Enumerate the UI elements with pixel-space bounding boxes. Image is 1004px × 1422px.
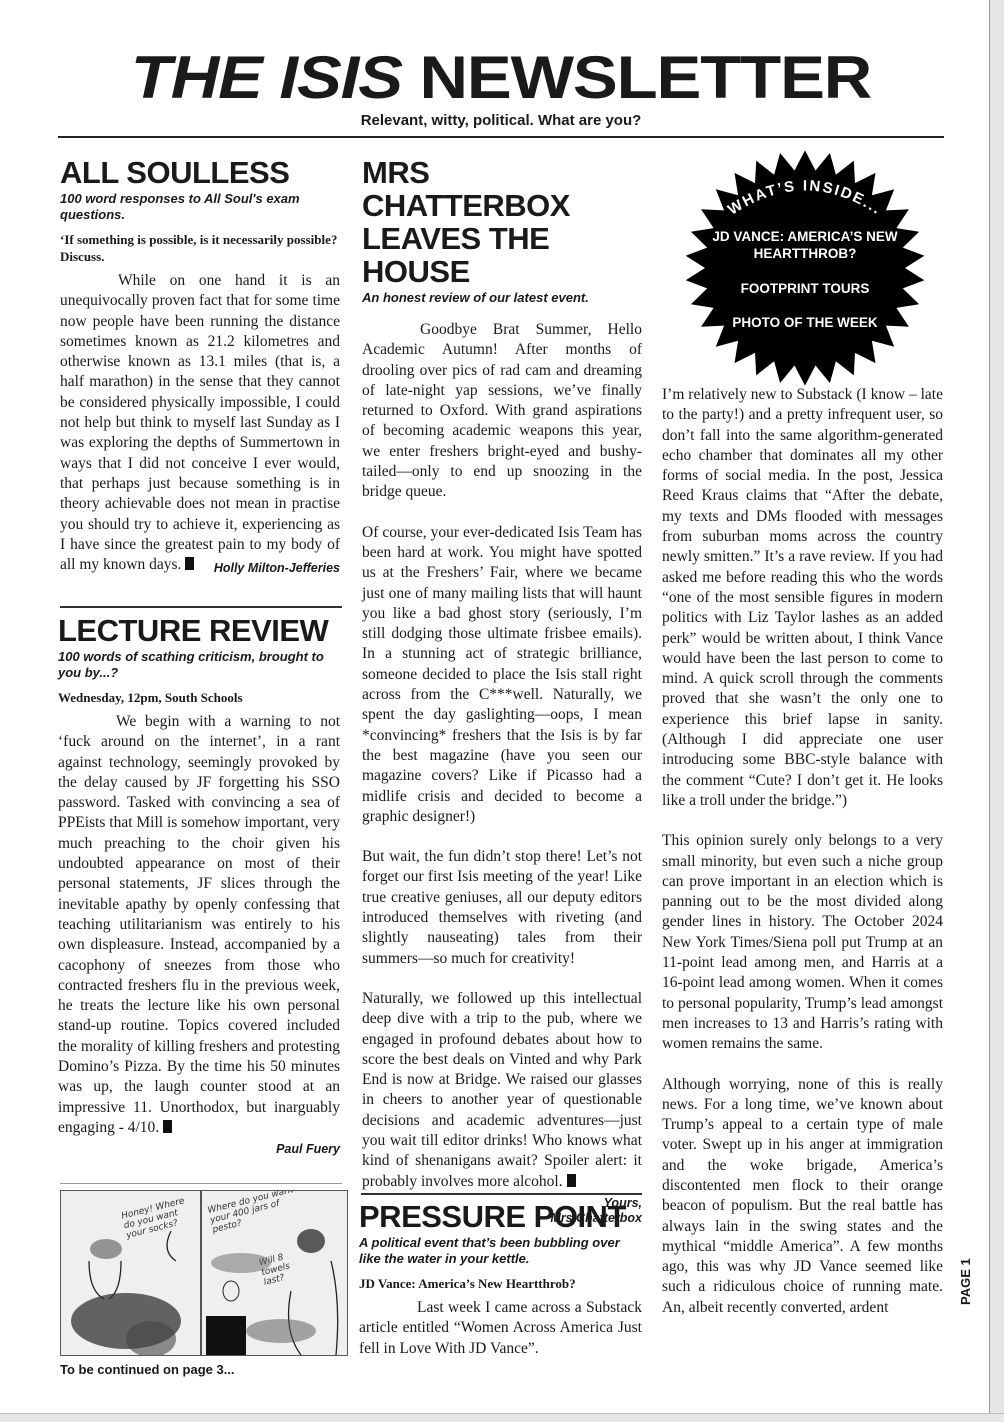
end-mark-icon [567, 1174, 576, 1187]
section-heading: PRESSURE POINT [359, 1200, 642, 1233]
exam-question: ‘If something is possible, is it necessa… [60, 231, 340, 265]
comic-image: Honey! Where do you want your socks? Whe… [60, 1190, 348, 1356]
section-heading: ALL SOULLESS [60, 156, 340, 189]
page-edge [989, 0, 1004, 1422]
comic-caption: To be continued on page 3... [60, 1362, 348, 1377]
lecture-details: Wednesday, 12pm, South Schools [58, 689, 340, 706]
heading-line-1: MRS CHATTERBOX [362, 155, 570, 223]
paragraph-1: Goodbye Brat Summer, Hello Academic Autu… [362, 320, 642, 503]
paragraph-3: But wait, the fun didn’t stop there! Let… [362, 847, 642, 969]
byline: Paul Fuery [58, 1142, 340, 1157]
whats-inside-starburst: WHAT’S INSIDE... JD VANCE: AMERICA’S NEW… [660, 148, 960, 388]
section-dek: A political event that’s been bubbling o… [359, 1235, 642, 1267]
paragraph-text: Naturally, we followed up this intellect… [362, 990, 642, 1190]
section-dek: 100 words of scathing criticism, brought… [58, 649, 340, 681]
article-text: While on one hand it is an unequivocally… [60, 272, 340, 573]
inside-item-1: JD VANCE: AMERICA’S NEW HEARTTHROB? [660, 228, 950, 262]
page-bottom-edge [0, 1413, 1004, 1422]
article-title: JD Vance: America’s New Heartthrob? [359, 1275, 642, 1292]
section-divider [361, 1193, 642, 1195]
article-text: We begin with a warning to not ‘fuck aro… [58, 713, 340, 1136]
newsletter-title: THE ISIS NEWSLETTER [5, 48, 997, 108]
paragraph-3: Although worrying, none of this is reall… [662, 1075, 943, 1319]
article-body: While on one hand it is an unequivocally… [60, 271, 340, 575]
title-rest-part: NEWSLETTER [419, 44, 871, 111]
article-body: We begin with a warning to not ‘fuck aro… [58, 712, 340, 1138]
paragraph-1: I’m relatively new to Substack (I know –… [662, 385, 943, 811]
comic-drawing-icon [61, 1191, 347, 1355]
paragraph-2: Of course, your ever-dedicated Isis Team… [362, 523, 642, 827]
masthead-divider [58, 136, 944, 138]
all-soulless-section: ALL SOULLESS 100 word responses to All S… [60, 156, 340, 576]
inside-item-2: FOOTPRINT TOURS [660, 280, 950, 297]
heading-line-2: LEAVES THE HOUSE [362, 221, 549, 289]
mrs-chatterbox-section: MRS CHATTERBOX LEAVES THE HOUSE An hones… [362, 156, 642, 1226]
starburst-icon: WHAT’S INSIDE... [660, 148, 950, 388]
masthead: THE ISIS NEWSLETTER Relevant, witty, pol… [58, 48, 944, 129]
article-body-start: Last week I came across a Substack artic… [359, 1298, 642, 1359]
page-number: PAGE 1 [958, 1258, 973, 1305]
section-divider [60, 1183, 342, 1184]
tagline: Relevant, witty, political. What are you… [58, 112, 944, 129]
section-heading: MRS CHATTERBOX LEAVES THE HOUSE [362, 156, 642, 288]
pressure-point-section: PRESSURE POINT A political event that’s … [359, 1200, 642, 1359]
section-heading: LECTURE REVIEW [58, 614, 340, 647]
inside-item-3: PHOTO OF THE WEEK [660, 314, 950, 331]
end-mark-icon [185, 557, 194, 570]
title-italic-part: THE ISIS [131, 44, 402, 111]
paragraph-2: This opinion surely only belongs to a ve… [662, 831, 943, 1054]
end-mark-icon [163, 1120, 172, 1133]
lecture-review-section: LECTURE REVIEW 100 words of scathing cri… [58, 614, 340, 1157]
section-dek: 100 word responses to All Soul's exam qu… [60, 191, 340, 223]
section-dek: An honest review of our latest event. [362, 290, 642, 306]
comic-strip: Honey! Where do you want your socks? Whe… [60, 1190, 348, 1377]
pressure-point-continued: I’m relatively new to Substack (I know –… [662, 385, 943, 1318]
section-divider [60, 606, 342, 608]
paragraph-4: Naturally, we followed up this intellect… [362, 989, 642, 1192]
